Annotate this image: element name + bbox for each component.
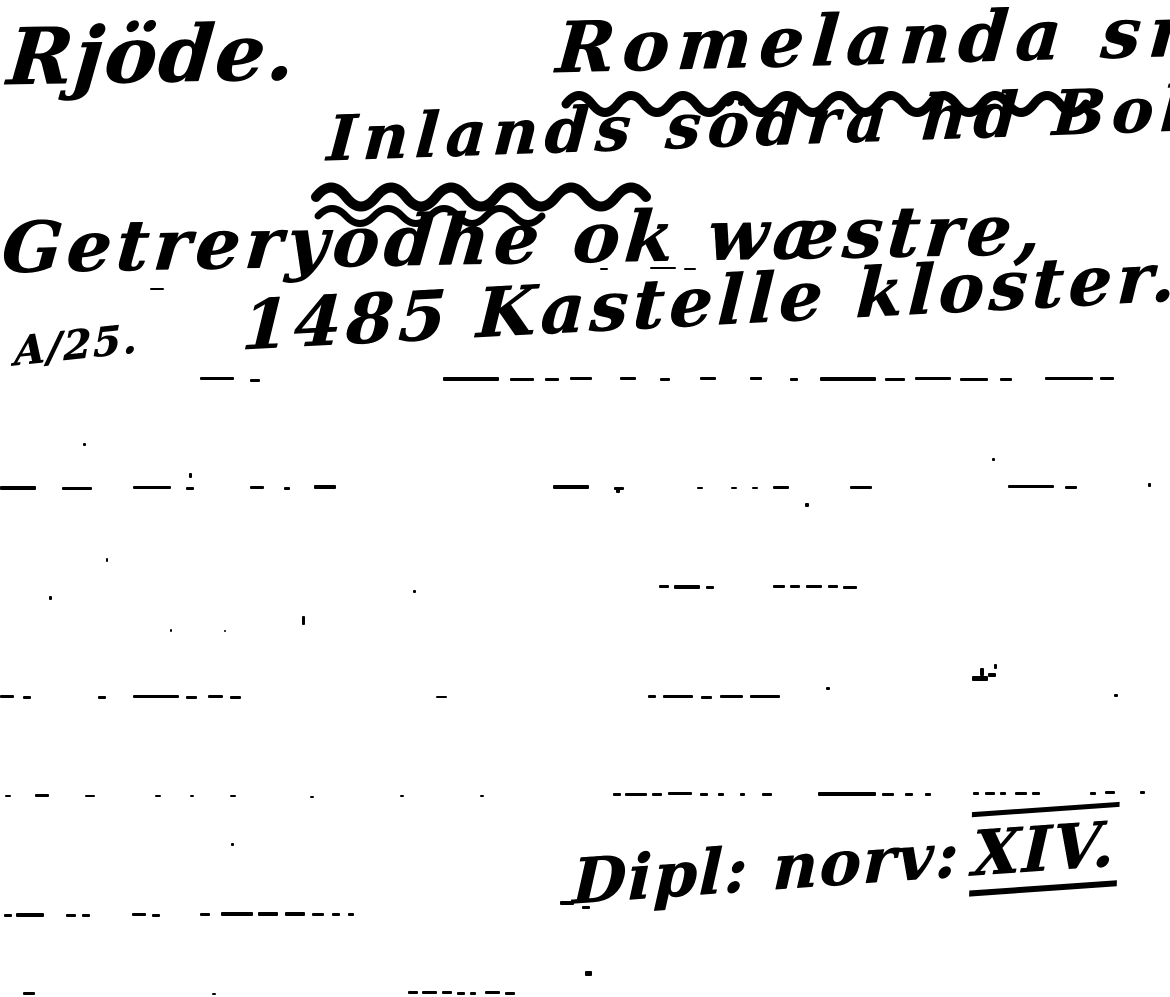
scan-artifact-speck	[224, 630, 226, 632]
scan-artifact-speck	[442, 991, 452, 994]
scan-artifact-speck	[915, 377, 951, 380]
scan-artifact-speck	[1148, 483, 1151, 487]
scan-artifact-speck	[1045, 377, 1093, 380]
scan-artifact-speck	[310, 796, 314, 798]
scan-artifact-speck	[66, 914, 76, 917]
scan-artifact-speck	[505, 992, 515, 995]
scan-artifact-speck	[302, 616, 305, 625]
scan-artifact-speck	[750, 377, 762, 380]
scan-artifact-speck	[805, 503, 809, 507]
scan-artifact-speck	[660, 378, 670, 381]
scan-artifact-speck	[230, 795, 236, 797]
citation-volume: XIV.	[969, 802, 1120, 897]
scan-artifact-speck	[400, 795, 404, 797]
scan-artifact-speck	[212, 993, 216, 995]
scan-artifact-speck	[5, 795, 11, 797]
scan-artifact-speck	[731, 487, 737, 489]
scan-artifact-speck	[106, 558, 108, 562]
scan-artifact-speck	[408, 991, 418, 994]
scan-artifact-speck	[23, 696, 31, 699]
scan-artifact-speck	[208, 695, 223, 698]
scan-artifact-speck	[718, 793, 724, 796]
scan-artifact-speck	[1032, 792, 1040, 795]
scan-artifact-speck	[332, 913, 340, 916]
scan-artifact-speck	[82, 914, 90, 917]
scan-artifact-speck	[1000, 378, 1012, 381]
place-name-heading: Rjöde.	[4, 7, 300, 103]
scan-artifact-speck	[1105, 791, 1115, 794]
scan-artifact-speck	[652, 793, 662, 796]
scan-artifact-speck	[616, 489, 620, 493]
scan-artifact-speck	[200, 913, 210, 916]
scan-artifact-speck	[480, 795, 484, 797]
scan-artifact-speck	[570, 377, 592, 380]
scan-artifact-speck	[443, 377, 499, 381]
scan-artifact-speck	[826, 687, 830, 690]
scan-artifact-speck	[1000, 792, 1006, 795]
source-citation: Dipl: norv:XIV.	[571, 802, 1119, 925]
scan-artifact-speck	[762, 793, 772, 796]
scan-artifact-speck	[585, 971, 592, 976]
scan-artifact-speck	[806, 585, 822, 588]
scan-artifact-speck	[790, 585, 800, 588]
scan-artifact-speck	[843, 586, 857, 589]
scan-artifact-speck	[905, 793, 913, 796]
scan-artifact-speck	[150, 288, 164, 290]
scan-artifact-speck	[457, 992, 465, 995]
scan-artifact-speck	[285, 912, 305, 916]
scan-artifact-speck	[250, 486, 264, 489]
scan-artifact-speck	[152, 914, 160, 917]
scan-artifact-speck	[221, 912, 253, 916]
scan-artifact-speck	[186, 487, 194, 490]
scan-artifact-speck	[659, 585, 669, 588]
scan-artifact-speck	[992, 458, 995, 461]
scan-artifact-speck	[186, 696, 197, 699]
scan-artifact-speck	[882, 793, 894, 796]
scan-artifact-speck	[697, 487, 703, 489]
scan-artifact-speck	[98, 696, 106, 699]
scan-artifact-speck	[1140, 791, 1145, 794]
scan-artifact-speck	[510, 378, 534, 381]
scan-artifact-speck	[700, 377, 716, 380]
scan-artifact-speck	[189, 473, 192, 478]
scan-artifact-speck	[1065, 486, 1077, 489]
scan-artifact-speck	[980, 668, 984, 676]
scan-artifact-speck	[314, 485, 336, 489]
scan-artifact-speck	[1090, 792, 1096, 795]
scan-artifact-speck	[170, 629, 172, 632]
scan-artifact-speck	[553, 485, 589, 489]
district-line: Inlands södra hd Boh:	[325, 70, 1170, 175]
scan-artifact-speck	[312, 913, 324, 916]
scan-artifact-speck	[701, 696, 712, 699]
scan-artifact-speck	[0, 695, 14, 698]
scan-artifact-speck	[648, 695, 656, 698]
scan-artifact-speck	[284, 487, 290, 490]
scan-artifact-speck	[750, 695, 780, 698]
scan-artifact-speck	[4, 914, 12, 917]
scan-artifact-speck	[23, 992, 35, 995]
scan-artifact-speck	[740, 793, 745, 796]
scan-artifact-speck	[885, 378, 905, 381]
scan-artifact-speck	[818, 792, 876, 796]
scan-artifact-speck	[85, 795, 95, 797]
scan-artifact-speck	[200, 377, 234, 380]
scan-artifact-speck	[752, 487, 758, 489]
reference-number: A/25.	[14, 315, 139, 375]
scan-artifact-speck	[1100, 377, 1114, 380]
scan-artifact-speck	[850, 486, 872, 489]
scan-artifact-speck	[132, 913, 146, 916]
scan-artifact-speck	[700, 793, 708, 796]
scan-artifact-speck	[62, 487, 92, 490]
scan-artifact-speck	[994, 664, 997, 669]
scan-artifact-speck	[16, 913, 44, 917]
scan-artifact-speck	[49, 596, 52, 600]
scan-artifact-speck	[790, 378, 798, 381]
scan-artifact-speck	[820, 377, 876, 381]
scan-artifact-speck	[250, 379, 260, 382]
scan-artifact-speck	[1114, 694, 1118, 697]
scan-artifact-speck	[155, 795, 161, 797]
scan-artifact-speck	[485, 991, 500, 994]
scan-artifact-speck	[960, 378, 988, 381]
scan-artifact-speck	[83, 443, 86, 446]
scan-artifact-speck	[925, 793, 931, 796]
scan-artifact-speck	[413, 590, 416, 593]
scan-artifact-speck	[773, 585, 785, 588]
scan-artifact-speck	[985, 792, 995, 795]
scan-artifact-speck	[1015, 792, 1027, 795]
scan-artifact-speck	[620, 377, 636, 380]
scan-artifact-speck	[422, 991, 437, 994]
scan-artifact-speck	[436, 696, 447, 698]
scan-artifact-speck	[674, 585, 700, 589]
scan-artifact-speck	[973, 792, 979, 795]
scan-artifact-speck	[613, 793, 621, 796]
scan-artifact-speck	[972, 676, 988, 681]
scan-artifact-speck	[1008, 485, 1054, 488]
scan-artifact-speck	[348, 913, 354, 916]
scan-artifact-speck	[470, 992, 476, 995]
scan-artifact-speck	[231, 843, 234, 846]
scan-artifact-speck	[706, 586, 714, 589]
scan-artifact-speck	[668, 792, 692, 795]
scan-artifact-speck	[988, 673, 996, 677]
archive-card-scan: Rjöde. Romelanda sn: Inlands södra hd Bo…	[0, 0, 1170, 997]
citation-prefix: Dipl: norv:	[571, 818, 961, 918]
scan-artifact-speck	[133, 486, 171, 489]
attestation-year: 1485	[240, 275, 453, 366]
scan-artifact-speck	[258, 912, 278, 916]
scan-artifact-speck	[828, 585, 838, 588]
scan-artifact-speck	[35, 794, 49, 797]
scan-artifact-speck	[720, 695, 743, 698]
scan-artifact-speck	[625, 793, 647, 796]
scan-artifact-speck	[614, 487, 624, 490]
scan-artifact-speck	[545, 378, 559, 381]
scan-artifact-speck	[133, 695, 179, 698]
scan-artifact-speck	[190, 795, 194, 797]
scan-artifact-speck	[0, 486, 36, 490]
scan-artifact-speck	[663, 695, 693, 698]
scan-artifact-speck	[230, 696, 241, 699]
scan-artifact-speck	[773, 486, 789, 489]
